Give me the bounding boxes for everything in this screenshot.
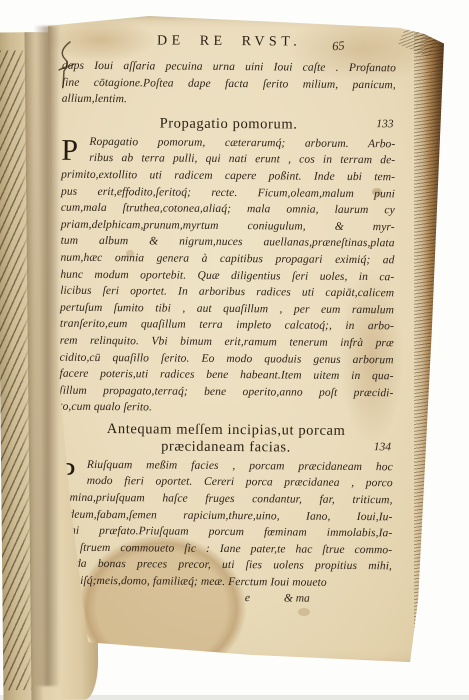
text-line: primito,extollito uti radicem capere poß… bbox=[61, 167, 395, 186]
signature-row: e & ma bbox=[58, 590, 392, 605]
foxing-spot bbox=[298, 608, 310, 616]
signature-mark: e bbox=[245, 592, 250, 604]
book-page: DE RE RVST. 65 daps Ioui aſſaria pecuina… bbox=[40, 12, 444, 672]
chapter-title: Propagatio pomorum. bbox=[160, 115, 298, 132]
chapter-heading-133: Propagatio pomorum. 133 bbox=[61, 113, 395, 133]
book-photo: DE RE RVST. 65 daps Ioui aſſaria pecuina… bbox=[0, 0, 469, 700]
text-line: to,cum qualo ſerito. bbox=[59, 399, 393, 418]
drop-cap-initial: P bbox=[61, 135, 85, 165]
running-header-row: DE RE RVST. 65 bbox=[62, 33, 396, 56]
chapter-number: 134 bbox=[374, 441, 391, 453]
text-line: liberiſq́;meis,domo, familiæq́; meæ. Fer… bbox=[58, 573, 392, 592]
page-text: DE RE RVST. 65 daps Ioui aſſaria pecuina… bbox=[58, 33, 396, 605]
chapter-title-line2: præcidaneam facias. bbox=[161, 438, 291, 455]
chapter-133-text: P Ropagatio pomorum, cæterarumq́; arboru… bbox=[59, 133, 395, 418]
chapter-title-row2: præcidaneam facias. 134 bbox=[59, 437, 393, 457]
chapter-number: 133 bbox=[376, 118, 393, 130]
page-number: 65 bbox=[331, 38, 345, 54]
text-line: num,hæc omnia genera à capitibus propaga… bbox=[60, 250, 394, 269]
chapter-133-lines: Ropagatio pomorum, cæterarumq́; arborum.… bbox=[59, 133, 395, 418]
catchword: & ma bbox=[284, 592, 310, 604]
chapter-134-text: P Riuſquam meßim facies , porcam præcida… bbox=[58, 457, 393, 592]
chapter-134-lines: Riuſquam meßim facies , porcam præcidane… bbox=[58, 457, 393, 592]
text-line: rem relinquito. Vbi bimum erit,ramum ten… bbox=[60, 333, 394, 352]
paragraph-continuation: daps Ioui aſſaria pecuina urna uini Ioui… bbox=[62, 58, 396, 110]
text-line: daps Ioui aſſaria pecuina urna uini Ioui… bbox=[62, 58, 396, 77]
chapter-heading-134: Antequam meſſem incipias,ut porcam præci… bbox=[59, 421, 393, 457]
text-line: allium,lentim. bbox=[62, 91, 396, 110]
running-header: DE RE RVST. bbox=[62, 33, 396, 52]
fore-edge-leaves bbox=[414, 12, 444, 672]
